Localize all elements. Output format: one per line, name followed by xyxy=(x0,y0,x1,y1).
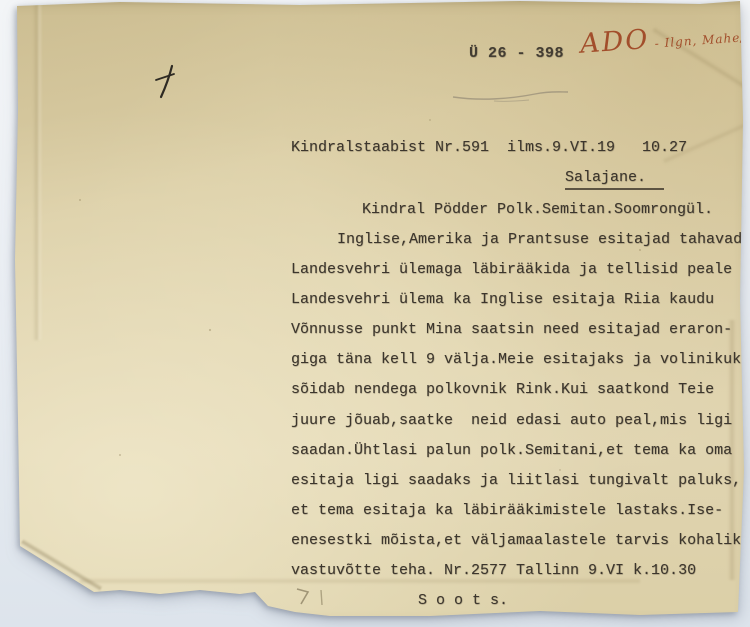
tear-shadow xyxy=(297,589,322,605)
typed-line-signature: S o o t s. xyxy=(418,592,508,610)
pencil-strike xyxy=(453,92,568,102)
registry-number: Ü 26 - 398 xyxy=(469,45,564,62)
typed-line-classification: Salajane. xyxy=(565,169,664,190)
typed-line: et tema esitaja ka läbirääkimistele last… xyxy=(291,502,723,520)
typed-line-closing: vastuvõtte teha. Nr.2577 Tallinn 9.VI k.… xyxy=(291,562,696,580)
typed-line: Landesvehri ülema ka Inglise esitaja Rii… xyxy=(291,291,714,309)
document-paper: Ü 26 - 398 ADO - Ilgn, Mahe/sign Kindral… xyxy=(0,0,750,627)
typed-line: Inglise,Amerika ja Prantsuse esitajad ta… xyxy=(337,231,742,249)
typed-line: giga täna kell 9 välja.Meie esitajaks ja… xyxy=(291,351,750,369)
torn-corner-fold xyxy=(20,538,102,591)
typed-line: Võnnusse punkt Mina saatsin need esitaja… xyxy=(291,321,732,339)
typed-line: Landesvehri ülemaga läbirääkida ja telli… xyxy=(291,261,732,279)
typed-line: enesestki mõista,et väljamaalastele tarv… xyxy=(291,532,741,550)
annotation-initials: ADO xyxy=(579,24,650,60)
typed-line: sõidab nendega polkovnik Rink.Kui saatko… xyxy=(291,381,714,399)
paper-fold-crease xyxy=(33,0,42,340)
annotation-note: - Ilgn, Mahe/sign xyxy=(654,28,750,50)
typed-line-addressee: Kindral Pödder Polk.Semitan.Soomrongül. xyxy=(362,201,713,219)
typed-line: juure jõuab,saatke neid edasi auto peal,… xyxy=(291,412,732,430)
cross-mark-icon xyxy=(156,66,174,97)
typed-line-header: Kindralstaabist Nr.591 ilms.9.VI.19 10.2… xyxy=(291,139,687,157)
handwritten-annotation: ADO - Ilgn, Mahe/sign xyxy=(579,15,750,59)
scan-background: Ü 26 - 398 ADO - Ilgn, Mahe/sign Kindral… xyxy=(0,0,750,627)
typed-line: esitaja ligi saadaks ja liitlasi tungiva… xyxy=(291,472,741,490)
typed-line: saadan.Ühtlasi palun polk.Semitani,et te… xyxy=(291,442,732,460)
paper-shadow-wrap: Ü 26 - 398 ADO - Ilgn, Mahe/sign Kindral… xyxy=(0,0,750,627)
